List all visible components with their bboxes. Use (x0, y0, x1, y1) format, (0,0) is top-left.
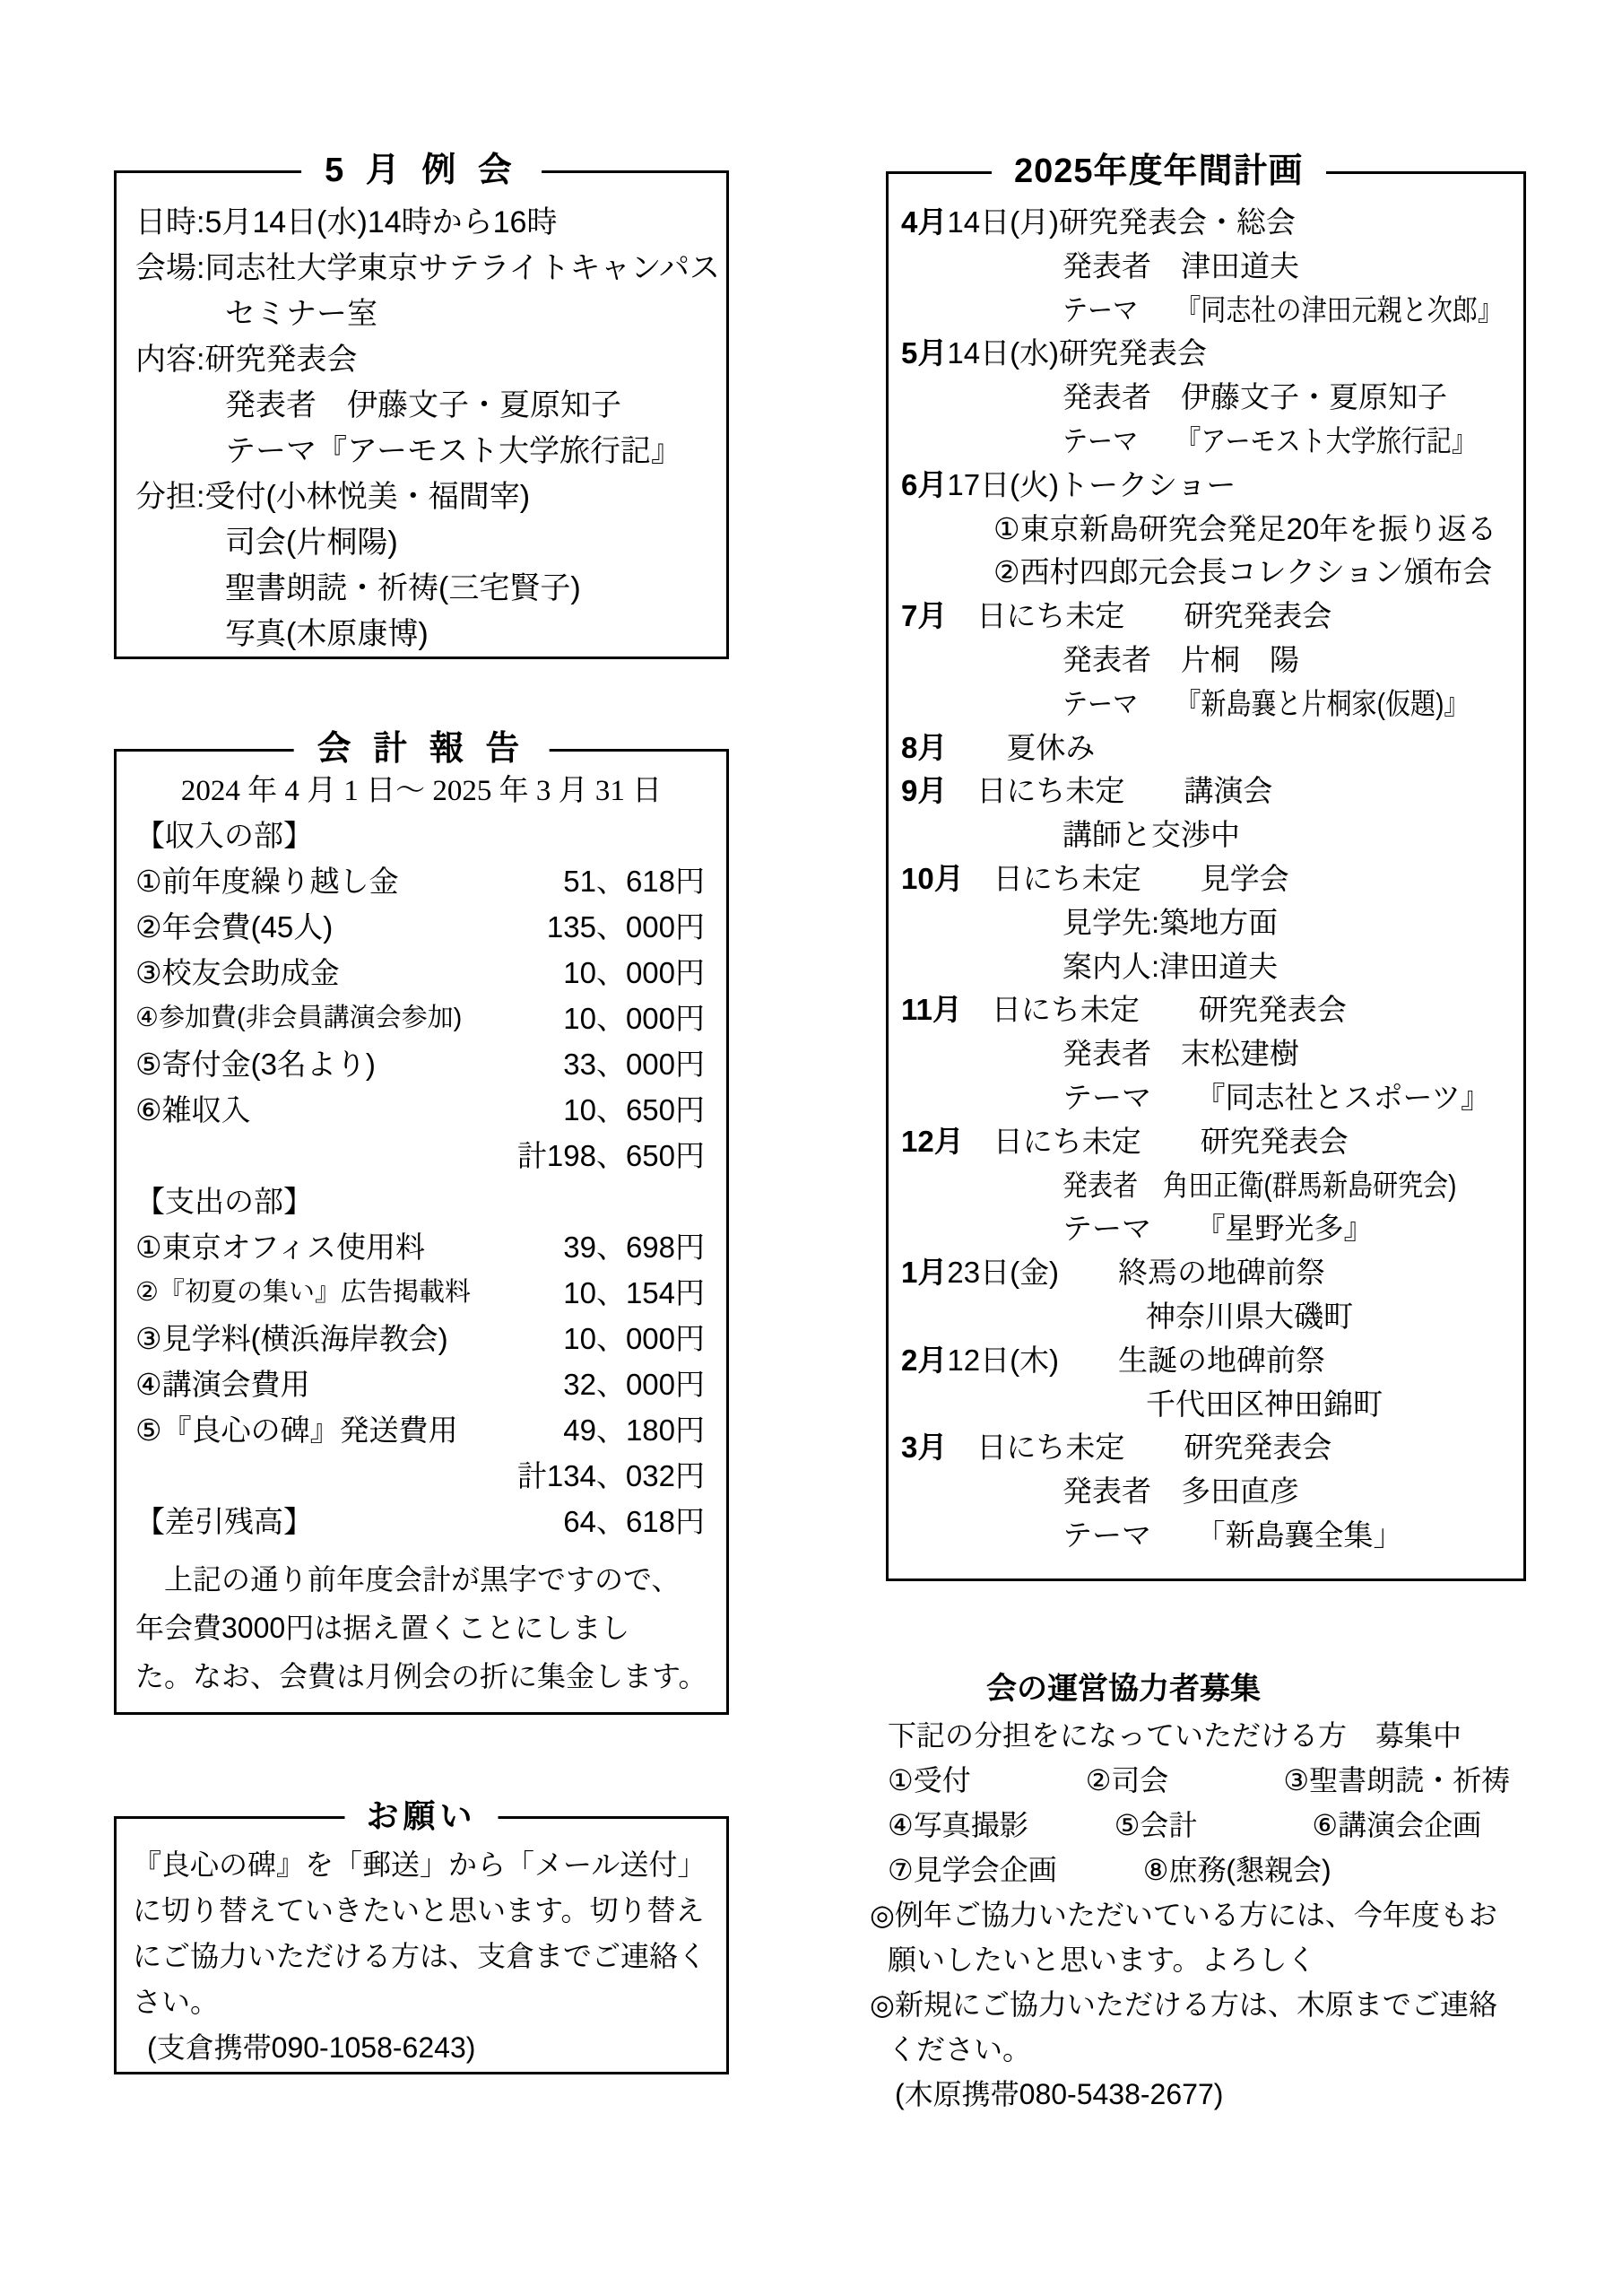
income-amount: 33、000円 (563, 1041, 705, 1087)
expense-total-line: 計134、032円 (117, 1453, 726, 1499)
income-label: ⑥雑収入 (135, 1087, 251, 1133)
month-label: 1月 (901, 1256, 947, 1289)
income-label: ⑤寄付金(3名より) (135, 1041, 376, 1087)
schedule-line: 12月 日にち未定 研究発表会 (889, 1120, 1523, 1164)
schedule-text: 日にち未定 見学会 (964, 862, 1289, 895)
schedule-line: 発表者 伊藤文子・夏原知子 (889, 376, 1523, 420)
income-amount: 10、650円 (563, 1087, 705, 1133)
accounting-note-line: た。なお、会費は月例会の折に集金します。 (117, 1652, 726, 1700)
schedule-line: 発表者 末松建樹 (889, 1032, 1523, 1076)
accounting-period: 2024 年 4 月 1 日〜 2025 年 3 月 31 日 (117, 770, 726, 813)
schedule-line: 8月 夏休み (889, 726, 1523, 770)
schedule-text: 千代田区神田錦町 (1146, 1387, 1383, 1421)
accounting-note-line: 年会費3000円は据え置くことにしまし (117, 1604, 726, 1652)
income-row: ⑤寄付金(3名より) 33、000円 (117, 1041, 726, 1087)
schedule-line: ②西村四郎元会長コレクション頒布会 (889, 551, 1523, 595)
income-label: ②年会費(45人) (135, 904, 333, 950)
expense-label: ⑤『良心の碑』発送費用 (135, 1407, 458, 1453)
expense-row: ②『初夏の集い』広告掲載料 10、154円 (117, 1270, 726, 1316)
expense-label: ①東京オフィス使用料 (135, 1224, 425, 1270)
schedule-line: 6月17日(火)トークショー (889, 464, 1523, 508)
schedule-text: 神奈川県大磯町 (1146, 1300, 1353, 1333)
month-label: 8月 (901, 731, 947, 764)
schedule-text: テーマ 「新島襄全集」 (1063, 1518, 1403, 1552)
income-row: ③校友会助成金 10、000円 (117, 950, 726, 996)
schedule-line: 見学先:築地方面 (889, 901, 1523, 945)
schedule-text: 12日(木) 生誕の地碑前祭 (947, 1344, 1325, 1377)
schedule-line: 発表者 津田道夫 (889, 245, 1523, 289)
schedule-line: 神奈川県大磯町 (889, 1295, 1523, 1339)
schedule-line: テーマ 『同志社とスポーツ』 (889, 1076, 1523, 1120)
schedule-line: 10月 日にち未定 見学会 (889, 857, 1523, 901)
meeting-theme-line: テーマ『アーモスト大学旅行記』 (117, 429, 726, 474)
month-label: 3月 (901, 1431, 947, 1464)
recruit-title: 会の運営協力者募集 (870, 1665, 1542, 1713)
schedule-line: テーマ 『アーモスト大学旅行記』 (889, 420, 1523, 464)
schedule-text: 14日(月)研究発表会・総会 (947, 205, 1296, 239)
expense-label: ③見学料(横浜海岸教会) (135, 1316, 448, 1361)
newsletter-page: 5 月 例 会 日時:5月14日(水)14時から16時 会場:同志社大学東京サテ… (0, 0, 1622, 2296)
income-amount: 10、000円 (563, 950, 705, 996)
schedule-text: 17日(火)トークショー (947, 468, 1236, 501)
schedule-line: 発表者 多田直彦 (889, 1470, 1523, 1514)
expense-row: ③見学料(横浜海岸教会) 10、000円 (117, 1316, 726, 1361)
schedule-line: テーマ 『新島襄と片桐家(仮題)』 (889, 683, 1523, 726)
income-section-header: 【収入の部】 (117, 813, 726, 858)
meeting-room-line: セミナー室 (117, 291, 726, 337)
request-phone-line: (支倉携帯090-1058-6243) (117, 2025, 726, 2071)
schedule-line: ①東京新島研究会発足20年を振り返る (889, 508, 1523, 552)
schedule-text: 日にち未定 研究発表会 (962, 993, 1347, 1026)
meeting-mc-line: 司会(片桐陽) (117, 520, 726, 566)
income-row: ⑥雑収入 10、650円 (117, 1087, 726, 1133)
income-label: ④参加費(非会員講演会参加) (135, 996, 462, 1041)
schedule-text: ②西村四郎元会長コレクション頒布会 (993, 555, 1492, 588)
accounting-box: 会 計 報 告 2024 年 4 月 1 日〜 2025 年 3 月 31 日 … (114, 749, 729, 1715)
month-label: 7月 (901, 599, 947, 632)
recruit-roles-line: ①受付 ②司会 ③聖書朗読・祈祷 (870, 1758, 1542, 1803)
may-meeting-box-title: 5 月 例 会 (301, 151, 542, 190)
schedule-line: 発表者 角田正衛(群馬新島研究会) (889, 1164, 1523, 1208)
recruit-note-line: ください。 (870, 2027, 1542, 2072)
income-row: ②年会費(45人) 135、000円 (117, 904, 726, 950)
schedule-line: 2月12日(木) 生誕の地碑前祭 (889, 1339, 1523, 1383)
recruit-line: 下記の分担をになっていただける方 募集中 (870, 1713, 1542, 1758)
schedule-text: 発表者 多田直彦 (1063, 1474, 1299, 1508)
schedule-line: 1月23日(金) 終焉の地碑前祭 (889, 1251, 1523, 1295)
accounting-box-title: 会 計 報 告 (294, 729, 550, 769)
schedule-text: 日にち未定 研究発表会 (947, 599, 1331, 632)
request-box-title: お願い (344, 1796, 498, 1836)
schedule-line: 4月14日(月)研究発表会・総会 (889, 201, 1523, 245)
schedule-line: 千代田区神田錦町 (889, 1383, 1523, 1427)
schedule-text: テーマ 『星野光多』 (1063, 1212, 1374, 1245)
expense-amount: 10、000円 (563, 1316, 705, 1361)
schedule-text: 14日(水)研究発表会 (947, 336, 1207, 370)
recruit-note-line: 願いしたいと思います。よろしく (870, 1937, 1542, 1982)
schedule-text: 発表者 津田道夫 (1063, 249, 1299, 283)
schedule-text: 発表者 角田正衛(群馬新島研究会) (1063, 1164, 1456, 1208)
schedule-text: ①東京新島研究会発足20年を振り返る (993, 512, 1496, 545)
accounting-note-line: 上記の通り前年度会計が黒字ですので、 (117, 1555, 726, 1604)
month-label: 12月 (901, 1125, 964, 1158)
schedule-text: 発表者 伊藤文子・夏原知子 (1063, 380, 1447, 413)
schedule-line: テーマ 『星野光多』 (889, 1207, 1523, 1251)
month-label: 4月 (901, 205, 947, 239)
schedule-text: 見学先:築地方面 (1063, 906, 1278, 939)
income-amount: 10、000円 (563, 996, 705, 1041)
schedule-text: 発表者 片桐 陽 (1063, 643, 1299, 676)
expense-row: ④講演会費用 32、000円 (117, 1361, 726, 1407)
meeting-scripture-line: 聖書朗読・祈祷(三宅賢子) (117, 566, 726, 612)
schedule-line: 講師と交渉中 (889, 813, 1523, 857)
income-row: ④参加費(非会員講演会参加) 10、000円 (117, 996, 726, 1041)
balance-label: 【差引残高】 (135, 1499, 313, 1544)
meeting-presenter-line: 発表者 伊藤文子・夏原知子 (117, 383, 726, 429)
recruit-note-line: ◎例年ご協力いただいている方には、今年度もお (870, 1892, 1542, 1937)
schedule-text: 講師と交渉中 (1063, 818, 1240, 851)
schedule-text: 夏休み (947, 731, 1095, 764)
may-meeting-box: 5 月 例 会 日時:5月14日(水)14時から16時 会場:同志社大学東京サテ… (114, 170, 729, 659)
request-box: お願い 『良心の碑』を「郵送」から「メール送付」 に切り替えていきたいと思います… (114, 1816, 729, 2074)
recruit-roles-line: ④写真撮影 ⑤会計 ⑥講演会企画 (870, 1803, 1542, 1848)
month-label: 10月 (901, 862, 964, 895)
recruit-note-line: ◎新規にご協力いただける方は、木原までご連絡 (870, 1982, 1542, 2027)
schedule-line: 11月 日にち未定 研究発表会 (889, 988, 1523, 1032)
schedule-text: 日にち未定 講演会 (947, 774, 1272, 807)
income-label: ③校友会助成金 (135, 950, 340, 996)
schedule-line: テーマ 『同志社の津田元親と次郎』 (889, 289, 1523, 333)
month-label: 5月 (901, 336, 947, 370)
expense-amount: 10、154円 (563, 1270, 705, 1316)
expense-label: ②『初夏の集い』広告掲載料 (135, 1270, 471, 1316)
schedule-text: 日にち未定 研究発表会 (947, 1431, 1331, 1464)
schedule-text: 案内人:津田道夫 (1063, 950, 1278, 983)
balance-row: 【差引残高】 64、618円 (117, 1499, 726, 1544)
expense-amount: 32、000円 (563, 1361, 705, 1407)
schedule-line: 3月 日にち未定 研究発表会 (889, 1426, 1523, 1470)
income-total-line: 計198、650円 (117, 1133, 726, 1178)
income-row: ①前年度繰り越し金 51、618円 (117, 858, 726, 904)
income-amount: 51、618円 (563, 858, 705, 904)
annual-plan-box-title: 2025年度年間計画 (992, 152, 1326, 191)
month-label: 2月 (901, 1344, 947, 1377)
request-line: さい。 (117, 1979, 726, 2025)
schedule-text: テーマ 『同志社とスポーツ』 (1063, 1081, 1490, 1114)
expense-row: ⑤『良心の碑』発送費用 49、180円 (117, 1407, 726, 1453)
schedule-text: 23日(金) 終焉の地碑前祭 (947, 1256, 1325, 1289)
meeting-venue-line: 会場:同志社大学東京サテライトキャンパス (117, 246, 726, 291)
meeting-content-line: 内容:研究発表会 (117, 337, 726, 383)
schedule-line: 7月 日にち未定 研究発表会 (889, 595, 1523, 639)
schedule-line: 案内人:津田道夫 (889, 945, 1523, 989)
schedule-text: 日にち未定 研究発表会 (964, 1125, 1349, 1158)
month-label: 11月 (901, 993, 962, 1026)
expense-row: ①東京オフィス使用料 39、698円 (117, 1224, 726, 1270)
month-label: 9月 (901, 774, 947, 807)
expense-amount: 49、180円 (563, 1407, 705, 1453)
recruit-section: 会の運営協力者募集 下記の分担をになっていただける方 募集中 ①受付 ②司会 ③… (870, 1665, 1542, 2117)
schedule-text: テーマ 『新島襄と片桐家(仮題)』 (1063, 683, 1469, 726)
expense-label: ④講演会費用 (135, 1361, 310, 1407)
expense-amount: 39、698円 (563, 1224, 705, 1270)
request-line: にご協力いただける方は、支倉までご連絡く (117, 1934, 726, 1979)
schedule-text: テーマ 『同志社の津田元親と次郎』 (1063, 289, 1503, 333)
schedule-line: 発表者 片桐 陽 (889, 639, 1523, 683)
annual-plan-box: 2025年度年間計画 4月14日(月)研究発表会・総会 発表者 津田道夫 テーマ… (886, 171, 1526, 1581)
meeting-roles-line: 分担:受付(小林悦美・福間宰) (117, 474, 726, 520)
recruit-roles-line: ⑦見学会企画 ⑧庶務(懇親会) (870, 1848, 1542, 1892)
balance-amount: 64、618円 (563, 1499, 705, 1544)
schedule-line: 9月 日にち未定 講演会 (889, 770, 1523, 813)
meeting-datetime-line: 日時:5月14日(水)14時から16時 (117, 200, 726, 246)
income-amount: 135、000円 (547, 904, 705, 950)
month-label: 6月 (901, 468, 947, 501)
schedule-text: テーマ 『アーモスト大学旅行記』 (1063, 420, 1477, 464)
income-label: ①前年度繰り越し金 (135, 858, 399, 904)
request-line: 『良心の碑』を「郵送」から「メール送付」 (117, 1842, 726, 1888)
schedule-line: テーマ 「新島襄全集」 (889, 1514, 1523, 1558)
meeting-photo-line: 写真(木原康博) (117, 612, 726, 657)
expense-section-header: 【支出の部】 (117, 1178, 726, 1224)
schedule-line: 5月14日(水)研究発表会 (889, 332, 1523, 376)
recruit-phone-line: (木原携帯080-5438-2677) (870, 2072, 1542, 2117)
request-line: に切り替えていきたいと思います。切り替え (117, 1888, 726, 1934)
schedule-text: 発表者 末松建樹 (1063, 1037, 1299, 1070)
